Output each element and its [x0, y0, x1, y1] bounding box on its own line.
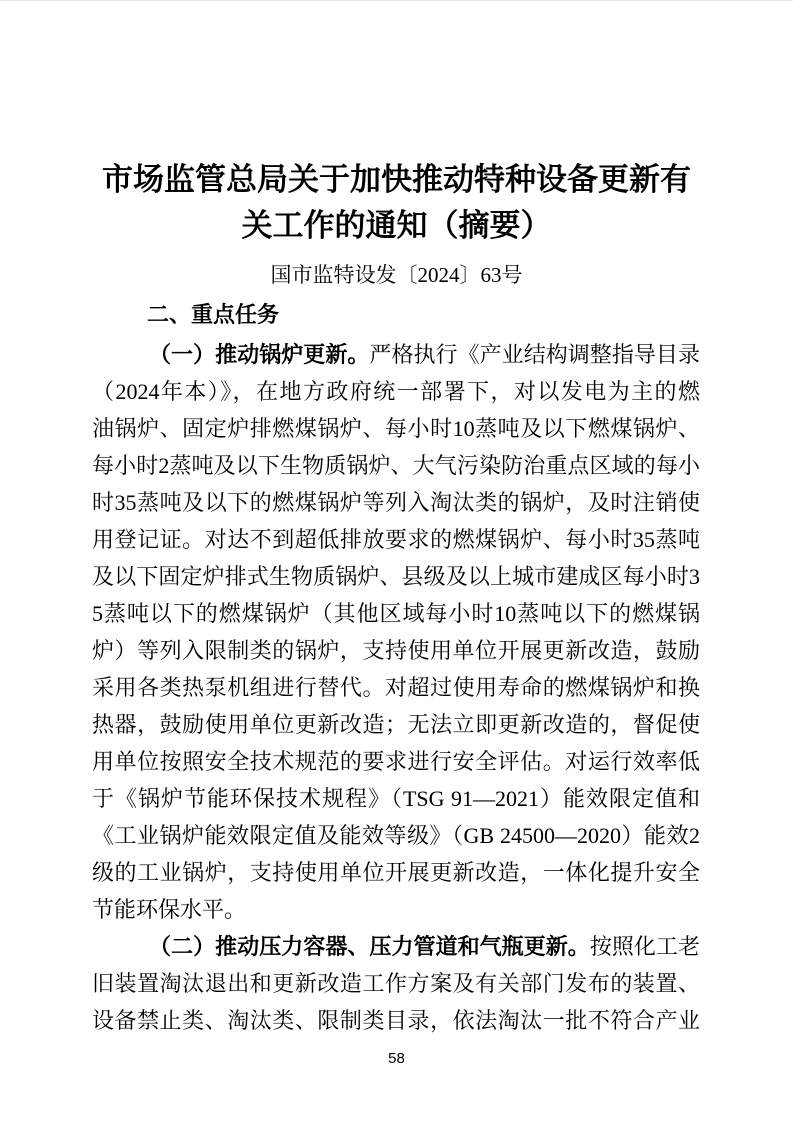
title-line-2: 关工作的通知（摘要） — [0, 203, 793, 249]
document-title: 市场监管总局关于加快推动特种设备更新有 关工作的通知（摘要） — [0, 1, 793, 249]
body-line: 及以下固定炉排式生物质锅炉、县级及以上城市建成区每小时3 — [92, 558, 700, 595]
body-line: 旧装置淘汰退出和更新改造工作方案及有关部门发布的装置、 — [92, 965, 700, 1002]
body-line: 热器，鼓励使用单位更新改造；无法立即更新改造的，督促使 — [92, 706, 700, 743]
body-line: 5蒸吨以下的燃煤锅炉（其他区域每小时10蒸吨以下的燃煤锅 — [92, 595, 700, 632]
page-number: 58 — [0, 1049, 793, 1069]
body-line: 用登记证。对达不到超低排放要求的燃煤锅炉、每小时35蒸吨 — [92, 521, 700, 558]
body-line: 采用各类热泵机组进行替代。对超过使用寿命的燃煤锅炉和换 — [92, 669, 700, 706]
paragraph-first-line: （二）推动压力容器、压力管道和气瓶更新。按照化工老 — [92, 928, 700, 965]
body-line: 设备禁止类、淘汰类、限制类目录，依法淘汰一批不符合产业 — [92, 1002, 700, 1039]
paragraph-lead: （二）推动压力容器、压力管道和气瓶更新。 — [149, 934, 590, 959]
body-line: 时35蒸吨及以下的燃煤锅炉等列入淘汰类的锅炉，及时注销使 — [92, 484, 700, 521]
body-line: 《工业锅炉能效限定值及能效等级》（GB 24500—2020）能效2 — [92, 817, 700, 854]
body-line: 节能环保水平。 — [92, 891, 700, 928]
body-line: 油锅炉、固定炉排燃煤锅炉、每小时10蒸吨及以下燃煤锅炉、 — [92, 410, 700, 447]
paragraph-lead: （一）推动锅炉更新。 — [149, 342, 369, 367]
body-line: 于《锅炉节能环保技术规程》（TSG 91—2021）能效限定值和 — [92, 780, 700, 817]
body-line: 炉）等列入限制类的锅炉，支持使用单位开展更新改造，鼓励 — [92, 632, 700, 669]
doc-number: 国市监特设发〔2024〕63号 — [0, 260, 793, 290]
title-line-1: 市场监管总局关于加快推动特种设备更新有 — [0, 157, 793, 203]
body-line: 用单位按照安全技术规范的要求进行安全评估。对运行效率低 — [92, 743, 700, 780]
section-heading: 二、重点任务 — [0, 301, 793, 328]
document-page: 市场监管总局关于加快推动特种设备更新有 关工作的通知（摘要） 国市监特设发〔20… — [0, 0, 793, 1122]
body-line: 每小时2蒸吨及以下生物质锅炉、大气污染防治重点区域的每小 — [92, 447, 700, 484]
document-body: （一）推动锅炉更新。严格执行《产业结构调整指导目录（2024年本）》，在地方政府… — [92, 336, 700, 1039]
paragraph-first-line: （一）推动锅炉更新。严格执行《产业结构调整指导目录 — [92, 336, 700, 373]
paragraph-first-line-rest: 严格执行《产业结构调整指导目录 — [369, 342, 700, 367]
body-line: （2024年本）》，在地方政府统一部署下，对以发电为主的燃 — [92, 373, 700, 410]
body-line: 级的工业锅炉，支持使用单位开展更新改造，一体化提升安全 — [92, 854, 700, 891]
paragraph-first-line-rest: 按照化工老 — [590, 934, 700, 959]
